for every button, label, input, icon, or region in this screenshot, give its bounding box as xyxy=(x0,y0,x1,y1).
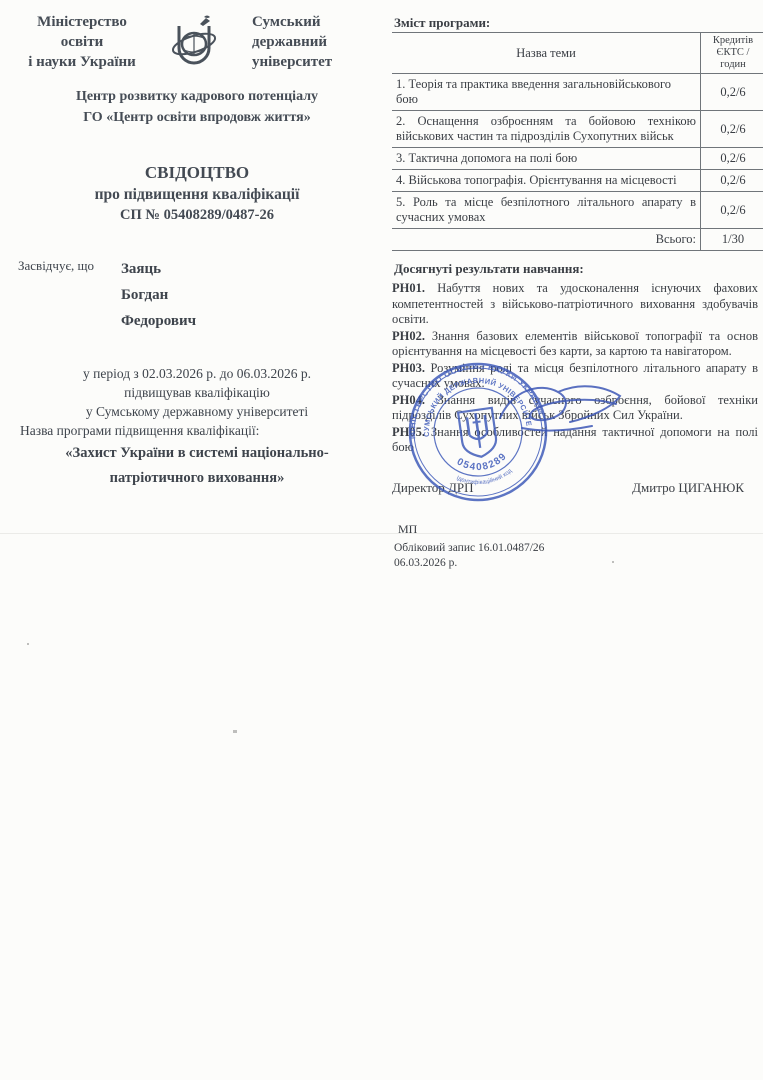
org-header: Міністерство освіти і науки України Сумс… xyxy=(18,12,376,76)
col-header-credits: Кредитів ЄКТС / годин xyxy=(701,33,763,74)
row-credits: 0,2/6 xyxy=(701,170,763,192)
signer-name: Дмитро ЦИГАНЮК xyxy=(632,480,744,496)
outcome-text: Набуття нових та удосконалення існуючих … xyxy=(392,281,758,326)
right-column: Зміст програми: Назва теми Кредитів ЄКТС… xyxy=(392,14,758,571)
ministry-name: Міністерство освіти і науки України xyxy=(18,12,146,72)
outcome-item: РН01. Набуття нових та удосконалення існ… xyxy=(392,281,758,328)
row-theme: 4. Військова топографія. Орієнтування на… xyxy=(392,170,701,192)
certificate-subtitle: про підвищення кваліфікації xyxy=(18,184,376,205)
table-total-row: Всього: 1/30 xyxy=(392,229,763,251)
total-label: Всього: xyxy=(392,229,701,251)
row-theme: 3. Тактична допомога на полі бою xyxy=(392,148,701,170)
university-logo xyxy=(146,12,242,76)
certificate-number: СП № 05408289/0487-26 xyxy=(18,205,376,225)
table-row: 2. Оснащення озброєнням та бойовою техні… xyxy=(392,111,763,148)
contents-heading: Зміст програми: xyxy=(394,14,758,31)
record-number: Обліковий запис 16.01.0487/26 06.03.2026… xyxy=(394,541,758,571)
university-logo-icon xyxy=(160,14,228,76)
scan-artifact-speck xyxy=(27,643,29,645)
row-theme: 1. Теорія та практика введення загальнов… xyxy=(392,74,701,111)
scan-artifact-speck xyxy=(233,730,237,733)
table-header-row: Назва теми Кредитів ЄКТС / годин xyxy=(392,33,763,74)
outcome-code: РН01. xyxy=(392,281,425,295)
certificate-page: Міністерство освіти і науки України Сумс… xyxy=(0,0,763,1080)
table-row: 5. Роль та місце безпілотного літального… xyxy=(392,192,763,229)
row-credits: 0,2/6 xyxy=(701,111,763,148)
mp-label: МП xyxy=(398,522,758,537)
scan-artifact-speck xyxy=(612,561,614,563)
recipient-name: Заяць Богдан Федорович xyxy=(121,256,196,334)
certificate-title-block: СВІДОЦТВО про підвищення кваліфікації СП… xyxy=(18,162,376,225)
program-name: «Захист України в системі національно- п… xyxy=(18,441,376,491)
scan-artifact-line xyxy=(0,533,763,534)
outcome-code: РН02. xyxy=(392,329,425,343)
certifies-label: Засвідчує, що xyxy=(18,256,121,334)
issuing-center-name: Центр розвитку кадрового потенціалу ГО «… xyxy=(18,86,376,128)
program-block: Назва програми підвищення кваліфікації: … xyxy=(18,421,376,491)
table-row: 3. Тактична допомога на полі бою 0,2/6 xyxy=(392,148,763,170)
university-name: Сумський державний університет xyxy=(242,12,372,72)
table-row: 4. Військова топографія. Орієнтування на… xyxy=(392,170,763,192)
certify-row: Засвідчує, що Заяць Богдан Федорович xyxy=(18,256,376,334)
handwritten-signature xyxy=(492,378,632,440)
outcome-text: Знання базових елементів військової топо… xyxy=(392,329,758,359)
row-credits: 0,2/6 xyxy=(701,74,763,111)
training-period: у період з 02.03.2026 р. до 06.03.2026 р… xyxy=(18,364,376,421)
outcomes-heading: Досягнуті результати навчання: xyxy=(394,261,758,277)
row-credits: 0,2/6 xyxy=(701,148,763,170)
row-theme: 5. Роль та місце безпілотного літального… xyxy=(392,192,701,229)
program-contents-table: Назва теми Кредитів ЄКТС / годин 1. Теор… xyxy=(392,32,763,251)
certificate-title: СВІДОЦТВО xyxy=(18,162,376,184)
row-credits: 0,2/6 xyxy=(701,192,763,229)
col-header-theme: Назва теми xyxy=(392,33,701,74)
table-row: 1. Теорія та практика введення загальнов… xyxy=(392,74,763,111)
total-value: 1/30 xyxy=(701,229,763,251)
program-label: Назва програми підвищення кваліфікації: xyxy=(18,421,376,440)
row-theme: 2. Оснащення озброєнням та бойовою техні… xyxy=(392,111,701,148)
